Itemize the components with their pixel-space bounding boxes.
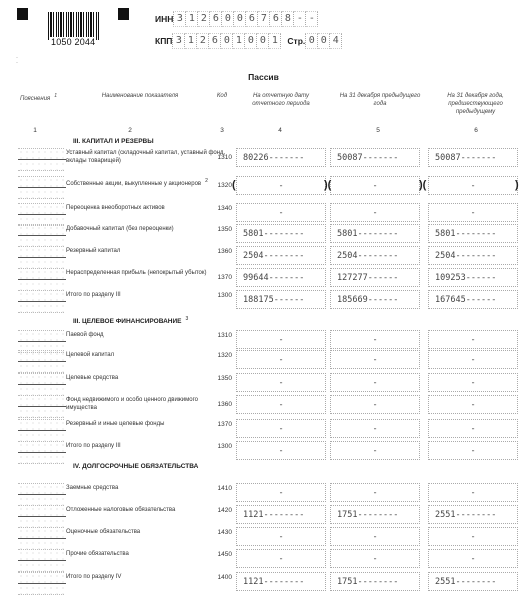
row-name-text: Паевой фонд bbox=[66, 332, 104, 338]
value-cell[interactable]: 2504-------- bbox=[330, 246, 420, 265]
row-name: Итого по разделу III bbox=[66, 442, 226, 450]
row-name-text: Целевой капитал bbox=[66, 352, 114, 358]
row-code: 1360 bbox=[208, 401, 232, 408]
col-header-code: Код bbox=[210, 92, 234, 100]
value-cell[interactable]: - bbox=[330, 419, 420, 438]
page-label: Стр. bbox=[287, 36, 305, 46]
value-cell[interactable]: - bbox=[428, 330, 518, 349]
value-cell[interactable]: 2504-------- bbox=[236, 246, 326, 265]
notes-cell[interactable] bbox=[18, 176, 64, 199]
row-name: Добавочный капитал (без переоценки) bbox=[66, 225, 226, 233]
value-cell[interactable]: - bbox=[428, 549, 518, 568]
value-cell[interactable]: - bbox=[428, 176, 518, 195]
section-title-text: III. КАПИТАЛ И РЕЗЕРВЫ bbox=[73, 138, 154, 145]
row-code: 1430 bbox=[208, 529, 232, 536]
value-cell[interactable]: - bbox=[428, 395, 518, 414]
digit-cell: 0 bbox=[318, 33, 330, 49]
inn-label: ИНН bbox=[155, 14, 173, 24]
value-cell[interactable]: - bbox=[330, 176, 420, 195]
table-row: Итого по разделу III1300188175------1856… bbox=[0, 290, 527, 312]
alignment-marker-left bbox=[17, 8, 28, 20]
digit-cell: 6 bbox=[270, 11, 282, 27]
notes-cell[interactable] bbox=[18, 350, 64, 373]
barcode-number: 1050 2044 bbox=[50, 37, 96, 47]
row-code: 1350 bbox=[208, 375, 232, 382]
value-cell[interactable]: - bbox=[428, 441, 518, 460]
col-header-current: На отчетную дату отчетного периода bbox=[236, 92, 326, 108]
col-num-5: 5 bbox=[368, 127, 388, 134]
section-title-text: III. ЦЕЛЕВОЕ ФИНАНСИРОВАНИЕ bbox=[73, 318, 181, 325]
parenthesis-mark: ) bbox=[515, 176, 519, 195]
digit-cell: 0 bbox=[305, 33, 318, 49]
row-code: 1370 bbox=[208, 274, 232, 281]
value-cell[interactable]: 99644------- bbox=[236, 268, 326, 287]
value-cell[interactable]: 2551-------- bbox=[428, 572, 518, 591]
digit-cell: 4 bbox=[330, 33, 342, 49]
value-cell[interactable]: - bbox=[236, 419, 326, 438]
row-name: Нераспределенная прибыль (непокрытый убы… bbox=[66, 269, 226, 277]
row-name-text: Фонд недвижимого и особо ценного движимо… bbox=[66, 397, 198, 411]
digit-cell: - bbox=[294, 11, 306, 27]
row-name: Отложенные налоговые обязательства bbox=[66, 506, 226, 514]
table-row: Итого по разделу IV14001121--------1751-… bbox=[0, 572, 527, 594]
table-row: Уставный капитал (складочный капитал, ус… bbox=[0, 148, 527, 170]
value-cell[interactable]: - bbox=[330, 203, 420, 222]
footnote-marker: 3 bbox=[185, 316, 188, 322]
digit-cell: 2 bbox=[198, 11, 210, 27]
col-header-name: Наименование показателя bbox=[85, 92, 195, 100]
page-digits: 004 bbox=[305, 33, 342, 49]
row-name-text: Отложенные налоговые обязательства bbox=[66, 507, 175, 513]
value-cell[interactable]: - bbox=[236, 549, 326, 568]
row-name-text: Собственные акции, выкупленные у акционе… bbox=[66, 181, 201, 187]
table-row: Добавочный капитал (без переоценки)13505… bbox=[0, 224, 527, 246]
table-row: Резервный капитал13602504--------2504---… bbox=[0, 246, 527, 268]
value-cell[interactable]: - bbox=[428, 350, 518, 369]
value-cell[interactable]: - bbox=[330, 373, 420, 392]
row-name: Переоценка внеоборотных активов bbox=[66, 204, 226, 212]
digit-cell: - bbox=[306, 11, 318, 27]
col-num-6: 6 bbox=[466, 127, 486, 134]
value-cell[interactable]: - bbox=[236, 395, 326, 414]
table-row: Итого по разделу III1300--- bbox=[0, 441, 527, 463]
row-name: Паевой фонд bbox=[66, 331, 226, 339]
section-title: III. ЦЕЛЕВОЕ ФИНАНСИРОВАНИЕ3 bbox=[73, 316, 188, 325]
notes-cell[interactable] bbox=[18, 549, 64, 572]
col-header-notes: Пояснения1 bbox=[20, 92, 70, 103]
kpp-digits: 312601001 bbox=[172, 33, 281, 49]
col-num-1: 1 bbox=[25, 127, 45, 134]
notes-cell[interactable] bbox=[18, 224, 64, 247]
value-cell[interactable]: 5801-------- bbox=[428, 224, 518, 243]
value-cell[interactable]: 2551-------- bbox=[428, 505, 518, 524]
col-num-2: 2 bbox=[120, 127, 140, 134]
notes-cell[interactable] bbox=[18, 441, 64, 464]
value-cell[interactable]: - bbox=[236, 176, 326, 195]
value-cell[interactable]: - bbox=[236, 330, 326, 349]
row-name: Итого по разделу III bbox=[66, 291, 226, 299]
digit-cell: 1 bbox=[186, 11, 198, 27]
notes-cell[interactable] bbox=[18, 148, 64, 171]
value-cell[interactable]: - bbox=[330, 330, 420, 349]
notes-cell[interactable] bbox=[18, 419, 64, 442]
notes-cell[interactable] bbox=[18, 572, 64, 595]
table-row: Прочие обязательства1450--- bbox=[0, 549, 527, 571]
row-name-text: Итого по разделу IV bbox=[66, 574, 121, 580]
row-name-text: Заемные средства bbox=[66, 485, 118, 491]
notes-cell[interactable] bbox=[18, 373, 64, 396]
value-cell[interactable]: 80226------- bbox=[236, 148, 326, 167]
digit-cell: 6 bbox=[246, 11, 258, 27]
value-cell[interactable]: - bbox=[428, 483, 518, 502]
digit-cell: 3 bbox=[172, 33, 185, 49]
parenthesis-mark: ( bbox=[232, 176, 236, 195]
row-name-text: Итого по разделу III bbox=[66, 292, 121, 298]
value-cell[interactable]: - bbox=[236, 441, 326, 460]
section-title: IV. ДОЛГОСРОЧНЫЕ ОБЯЗАТЕЛЬСТВА bbox=[73, 463, 198, 470]
value-cell[interactable]: 188175------ bbox=[236, 290, 326, 309]
barcode bbox=[48, 12, 100, 40]
digit-cell: 1 bbox=[185, 33, 197, 49]
notes-cell[interactable] bbox=[18, 505, 64, 528]
row-name: Уставный капитал (складочный капитал, ус… bbox=[66, 149, 226, 165]
notes-cell[interactable] bbox=[18, 268, 64, 291]
value-cell[interactable]: - bbox=[330, 350, 420, 369]
row-name-text: Переоценка внеоборотных активов bbox=[66, 205, 165, 211]
notes-cell[interactable] bbox=[18, 203, 64, 226]
notes-cell[interactable] bbox=[18, 395, 64, 418]
digit-cell: 1 bbox=[233, 33, 245, 49]
kpp-label: КПП bbox=[155, 36, 172, 46]
row-code: 1350 bbox=[208, 226, 232, 233]
section-title: III. КАПИТАЛ И РЕЗЕРВЫ bbox=[73, 138, 154, 145]
table-row: Оценочные обязательства1430--- bbox=[0, 527, 527, 549]
row-name: Оценочные обязательства bbox=[66, 528, 226, 536]
value-cell[interactable]: 185669------ bbox=[330, 290, 420, 309]
table-row: Резервный и иные целевые фонды1370--- bbox=[0, 419, 527, 441]
value-cell[interactable]: 109253------ bbox=[428, 268, 518, 287]
row-name: Резервный капитал bbox=[66, 247, 226, 255]
col-header-prev-prev-year: На 31 декабря года, предшествующего пред… bbox=[428, 92, 523, 116]
value-cell[interactable]: - bbox=[330, 483, 420, 502]
parenthesis-mark: )( bbox=[324, 176, 331, 195]
value-cell[interactable]: 1751-------- bbox=[330, 505, 420, 524]
digit-cell: 0 bbox=[257, 33, 269, 49]
value-cell[interactable]: - bbox=[428, 203, 518, 222]
table-row: Отложенные налоговые обязательства142011… bbox=[0, 505, 527, 527]
row-name-text: Прочие обязательства bbox=[66, 551, 129, 557]
kpp-field: КПП 312601001 Стр. 004 bbox=[155, 33, 342, 49]
value-cell[interactable]: 2504-------- bbox=[428, 246, 518, 265]
notes-cell[interactable] bbox=[18, 483, 64, 506]
table-row: Переоценка внеоборотных активов1340--- bbox=[0, 203, 527, 225]
col-num-4: 4 bbox=[270, 127, 290, 134]
row-name: Заемные средства bbox=[66, 484, 226, 492]
digit-cell: 0 bbox=[221, 33, 233, 49]
digit-cell: 8 bbox=[282, 11, 294, 27]
row-code: 1300 bbox=[208, 443, 232, 450]
row-name-text: Резервный и иные целевые фонды bbox=[66, 421, 164, 427]
row-code: 1400 bbox=[208, 574, 232, 581]
value-cell[interactable]: - bbox=[428, 419, 518, 438]
row-code: 1310 bbox=[208, 332, 232, 339]
page-title: Пассив bbox=[0, 72, 527, 82]
digit-cell: 7 bbox=[258, 11, 270, 27]
value-cell[interactable]: - bbox=[236, 527, 326, 546]
value-cell[interactable]: - bbox=[330, 549, 420, 568]
value-cell[interactable]: 1751-------- bbox=[330, 572, 420, 591]
row-name-text: Нераспределенная прибыль (непокрытый убы… bbox=[66, 270, 207, 276]
digit-cell: 0 bbox=[245, 33, 257, 49]
inn-field: ИНН 3126006768-- bbox=[155, 11, 318, 27]
row-name: Прочие обязательства bbox=[66, 550, 226, 558]
row-code: 1360 bbox=[208, 248, 232, 255]
table-row: Целевые средства1350--- bbox=[0, 373, 527, 395]
digit-cell: 6 bbox=[209, 33, 221, 49]
digit-cell: 0 bbox=[234, 11, 246, 27]
value-cell[interactable]: 1121-------- bbox=[236, 505, 326, 524]
digit-cell: 2 bbox=[197, 33, 209, 49]
row-name: Итого по разделу IV bbox=[66, 573, 226, 581]
inn-digits: 3126006768-- bbox=[173, 11, 318, 27]
notes-cell[interactable] bbox=[18, 290, 64, 313]
row-name-text: Итого по разделу III bbox=[66, 443, 121, 449]
notes-cell[interactable] bbox=[18, 527, 64, 550]
row-code: 1300 bbox=[208, 292, 232, 299]
row-name-text: Целевые средства bbox=[66, 375, 118, 381]
row-code: 1320 bbox=[208, 352, 232, 359]
table-row: Собственные акции, выкупленные у акционе… bbox=[0, 176, 527, 198]
row-name: Резервный и иные целевые фонды bbox=[66, 420, 226, 428]
row-code: 1420 bbox=[208, 507, 232, 514]
table-row: Фонд недвижимого и особо ценного движимо… bbox=[0, 395, 527, 417]
value-cell[interactable]: 5801-------- bbox=[330, 224, 420, 243]
col-num-3: 3 bbox=[212, 127, 232, 134]
value-cell[interactable]: - bbox=[428, 527, 518, 546]
row-name-text: Уставный капитал (складочный капитал, ус… bbox=[66, 150, 225, 164]
row-code: 1410 bbox=[208, 485, 232, 492]
digit-cell: 6 bbox=[210, 11, 222, 27]
value-cell[interactable]: 127277------ bbox=[330, 268, 420, 287]
value-cell[interactable]: - bbox=[236, 203, 326, 222]
digit-cell: 3 bbox=[173, 11, 186, 27]
alignment-marker-right bbox=[118, 8, 129, 20]
row-name: Целевые средства bbox=[66, 374, 226, 382]
value-cell[interactable]: - bbox=[330, 527, 420, 546]
row-code: 1450 bbox=[208, 551, 232, 558]
value-cell[interactable]: 1121-------- bbox=[236, 572, 326, 591]
scan-artifact: ·· bbox=[16, 56, 18, 66]
row-name: Собственные акции, выкупленные у акционе… bbox=[66, 177, 226, 188]
col-header-prev-year: На 31 декабря предыдущего года bbox=[335, 92, 425, 108]
row-code: 1320 bbox=[208, 182, 232, 189]
row-code: 1370 bbox=[208, 421, 232, 428]
value-cell[interactable]: - bbox=[236, 350, 326, 369]
row-name: Фонд недвижимого и особо ценного движимо… bbox=[66, 396, 226, 412]
row-code: 1310 bbox=[208, 154, 232, 161]
value-cell[interactable]: - bbox=[236, 483, 326, 502]
value-cell[interactable]: - bbox=[330, 395, 420, 414]
value-cell[interactable]: - bbox=[428, 373, 518, 392]
table-row: Нераспределенная прибыль (непокрытый убы… bbox=[0, 268, 527, 290]
digit-cell: 1 bbox=[269, 33, 281, 49]
value-cell[interactable]: 167645------ bbox=[428, 290, 518, 309]
parenthesis-mark: )( bbox=[419, 176, 426, 195]
digit-cell: 0 bbox=[222, 11, 234, 27]
row-name-text: Резервный капитал bbox=[66, 248, 120, 254]
value-cell[interactable]: 5801-------- bbox=[236, 224, 326, 243]
row-code: 1340 bbox=[208, 205, 232, 212]
value-cell[interactable]: - bbox=[236, 373, 326, 392]
value-cell[interactable]: 50087------- bbox=[428, 148, 518, 167]
table-row: Паевой фонд1310--- bbox=[0, 330, 527, 352]
row-name-text: Добавочный капитал (без переоценки) bbox=[66, 226, 174, 232]
table-row: Целевой капитал1320--- bbox=[0, 350, 527, 372]
row-name-text: Оценочные обязательства bbox=[66, 529, 140, 535]
section-title-text: IV. ДОЛГОСРОЧНЫЕ ОБЯЗАТЕЛЬСТВА bbox=[73, 463, 198, 470]
notes-cell[interactable] bbox=[18, 246, 64, 269]
table-row: Заемные средства1410--- bbox=[0, 483, 527, 505]
value-cell[interactable]: 50087------- bbox=[330, 148, 420, 167]
row-name: Целевой капитал bbox=[66, 351, 226, 359]
value-cell[interactable]: - bbox=[330, 441, 420, 460]
